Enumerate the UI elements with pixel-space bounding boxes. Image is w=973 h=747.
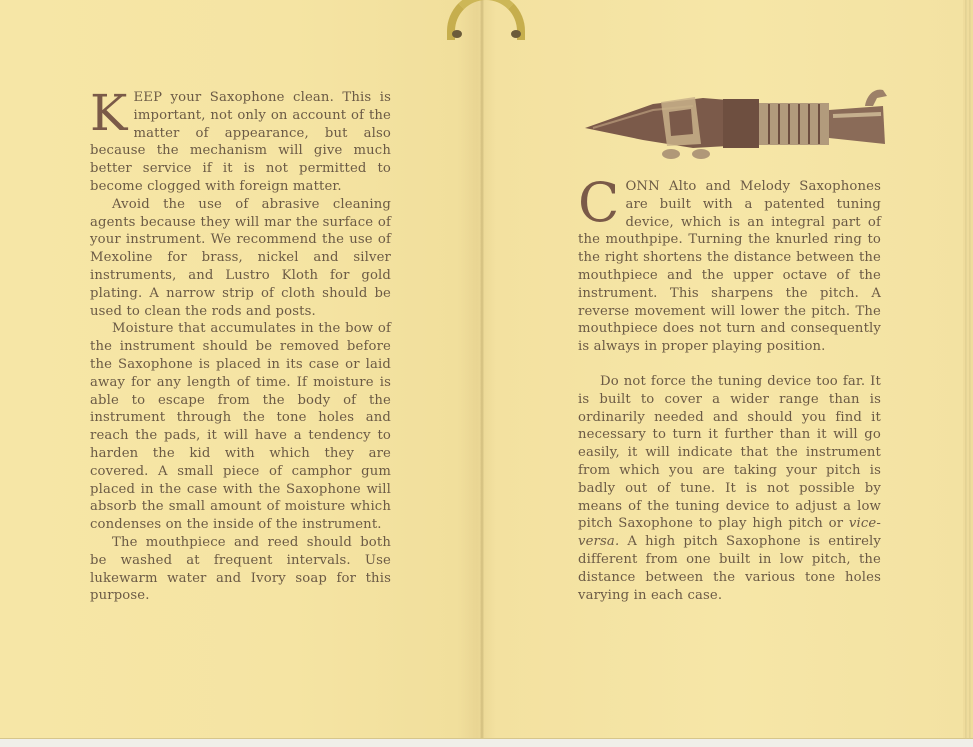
- paragraph-do-not-force: Do not force the tuning device too far. …: [578, 373, 881, 604]
- paragraph-abrasive-agents: Avoid the use of abrasive cleaning agent…: [90, 196, 391, 321]
- paragraph-text: Do not force the tuning device too far. …: [578, 374, 881, 531]
- saxophone-mouthpiece-tuning-device-icon: [583, 82, 893, 162]
- page-edges: [963, 0, 973, 740]
- cord-hole-right: [511, 30, 521, 38]
- dropcap-c: C: [578, 181, 619, 225]
- booklet-spread: K EEP your Saxophone clean. This is impo…: [0, 0, 973, 740]
- paragraph-text-continued: A high pitch Saxophone is entirely diffe…: [578, 534, 881, 602]
- paragraph-moisture: Moisture that accumulates in the bow of …: [90, 320, 391, 534]
- paragraph-text: EEP your Saxophone clean. This is import…: [90, 90, 391, 194]
- binding-gutter: [480, 0, 484, 740]
- left-page-text: K EEP your Saxophone clean. This is impo…: [90, 89, 391, 605]
- right-page-text: C ONN Alto and Melody Saxophones are bui…: [578, 178, 881, 604]
- background-surface: [0, 738, 973, 747]
- paragraph-tuning-device: C ONN Alto and Melody Saxophones are bui…: [578, 178, 881, 356]
- paragraph-mouthpiece-reed: The mouthpiece and reed should both be w…: [90, 534, 391, 605]
- cord-hole-left: [452, 30, 462, 38]
- paragraph-keep-clean: K EEP your Saxophone clean. This is impo…: [90, 89, 391, 196]
- paragraph-text: ONN Alto and Melody Saxophones are built…: [578, 179, 881, 354]
- paragraph-spacer: [578, 356, 881, 373]
- dropcap-k: K: [90, 92, 128, 134]
